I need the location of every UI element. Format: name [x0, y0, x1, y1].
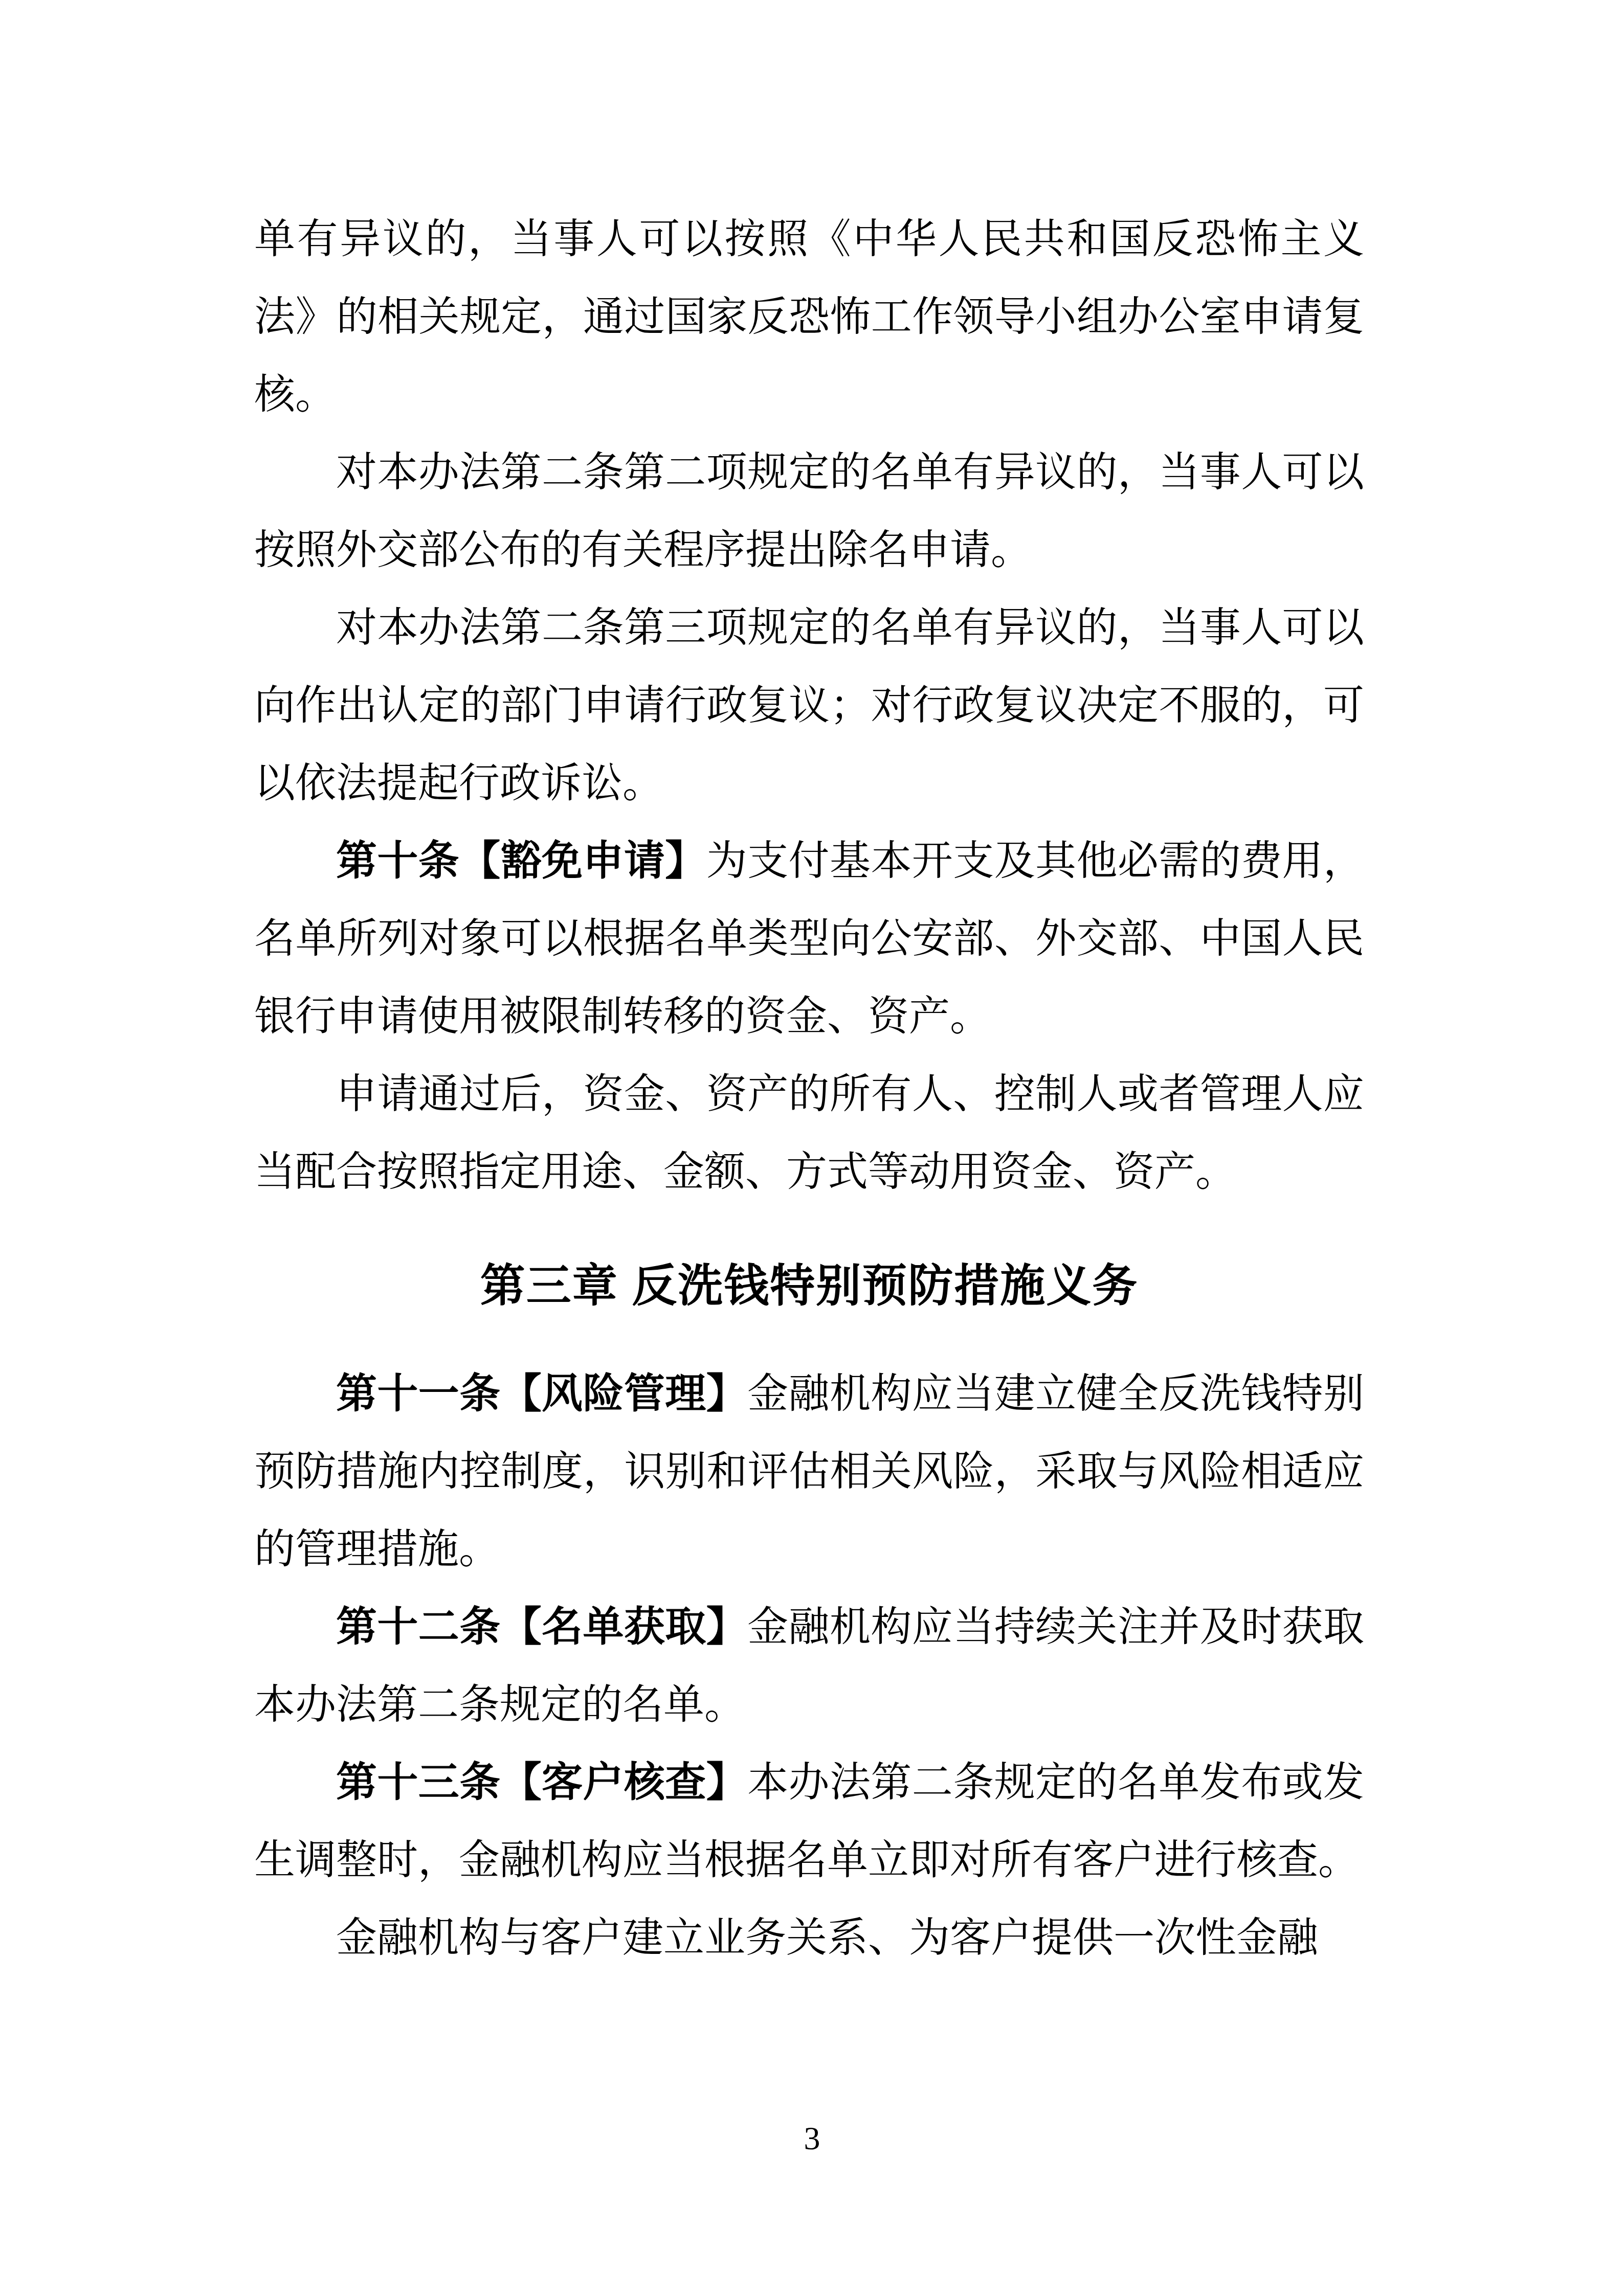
document-page: 单有异议的，当事人可以按照《中华人民共和国反恐怖主义法》的相关规定，通过国家反恐…: [0, 0, 1624, 2296]
article-lead-text: 第十一条【风险管理】: [336, 1371, 747, 1416]
text-run: 金融机构与客户建立业务关系、为客户提供一次性金融: [336, 1916, 1318, 1961]
article-lead-text: 第三章 反洗钱特别预防措施义务: [480, 1260, 1138, 1311]
paragraph: 单有异议的，当事人可以按照《中华人民共和国反恐怖主义法》的相关规定，通过国家反恐…: [254, 200, 1364, 434]
article-lead-text: 第十二条【名单获取】: [336, 1605, 747, 1650]
page-number: 3: [0, 2122, 1624, 2155]
paragraph: 第十三条【客户核查】本办法第二条规定的名单发布或发生调整时，金融机构应当根据名单…: [254, 1744, 1364, 1899]
paragraph: 对本办法第二条第三项规定的名单有异议的，当事人可以向作出认定的部门申请行政复议；…: [254, 589, 1364, 822]
paragraph: 对本办法第二条第二项规定的名单有异议的，当事人可以按照外交部公布的有关程序提出除…: [254, 434, 1364, 589]
text-run: 单有异议的，当事人可以按照《中华人民共和国反恐怖主义法》的相关规定，通过国家反恐…: [254, 217, 1364, 417]
text-run: 申请通过后，资金、资产的所有人、控制人或者管理人应当配合按照指定用途、金额、方式…: [254, 1072, 1364, 1195]
text-run: 对本办法第二条第二项规定的名单有异议的，当事人可以按照外交部公布的有关程序提出除…: [254, 450, 1364, 573]
paragraph: 金融机构与客户建立业务关系、为客户提供一次性金融: [254, 1899, 1364, 1977]
paragraph: 第十条【豁免申请】为支付基本开支及其他必需的费用，名单所列对象可以根据名单类型向…: [254, 822, 1364, 1055]
article-lead-text: 第十三条【客户核查】: [336, 1760, 747, 1805]
paragraph: 第十一条【风险管理】金融机构应当建立健全反洗钱特别预防措施内控制度，识别和评估相…: [254, 1355, 1364, 1588]
paragraph: 申请通过后，资金、资产的所有人、控制人或者管理人应当配合按照指定用途、金额、方式…: [254, 1055, 1364, 1211]
paragraph: 第十二条【名单获取】金融机构应当持续关注并及时获取本办法第二条规定的名单。: [254, 1588, 1364, 1744]
chapter-heading: 第三章 反洗钱特别预防措施义务: [254, 1247, 1364, 1324]
article-lead-text: 第十条【豁免申请】: [336, 839, 706, 884]
text-run: 对本办法第二条第三项规定的名单有异议的，当事人可以向作出认定的部门申请行政复议；…: [254, 605, 1364, 806]
document-body: 单有异议的，当事人可以按照《中华人民共和国反恐怖主义法》的相关规定，通过国家反恐…: [254, 200, 1364, 1977]
